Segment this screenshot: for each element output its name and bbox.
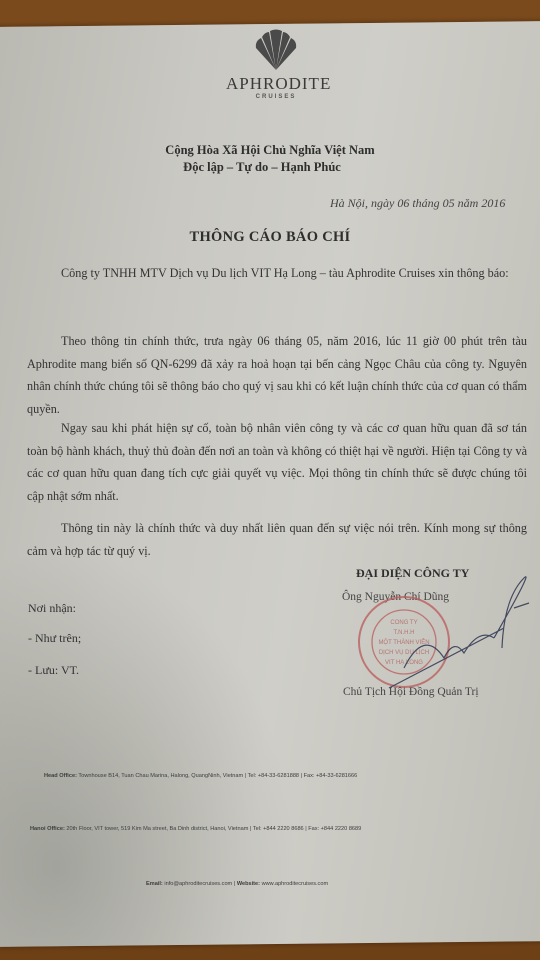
hanoi-office-label: Hanoi Office:	[30, 826, 65, 832]
website-link[interactable]: www.aphroditecruises.com	[262, 881, 329, 887]
recipient-item: - Lưu: VT.	[28, 663, 79, 678]
recipient-item: - Như trên;	[28, 631, 81, 646]
footer-hanoi-office: Hanoi Office: 20th Floor, VIT tower, 519…	[30, 826, 361, 832]
incident-paragraph: Theo thông tin chính thức, trưa ngày 06 …	[27, 330, 527, 420]
website-label: Website:	[237, 881, 260, 887]
recipients-label: Nơi nhận:	[28, 601, 76, 616]
closing-paragraph: Thông tin này là chính thức và duy nhất …	[27, 517, 527, 562]
email-label: Email:	[146, 881, 163, 887]
footer-contact: Email: info@aphroditecruises.com | Websi…	[146, 881, 328, 887]
company-logo: APHRODITE CRUISES	[226, 28, 326, 100]
signer-title: Chủ Tịch Hội Đồng Quản Trị	[343, 686, 479, 698]
logo-subtitle: CRUISES	[226, 94, 326, 100]
footer-head-office: Head Office: Townhouse B14, Tuan Chau Ma…	[44, 773, 357, 779]
logo-name: APHRODITE	[226, 74, 326, 94]
document-title: THÔNG CÁO BÁO CHÍ	[0, 229, 540, 246]
response-paragraph: Ngay sau khi phát hiện sự cố, toàn bộ nh…	[27, 417, 527, 507]
email-link[interactable]: info@aphroditecruises.com	[164, 881, 232, 887]
head-office-text: Townhouse B14, Tuan Chau Marina, Halong,…	[78, 773, 357, 779]
head-office-label: Head Office:	[44, 773, 77, 779]
document-date: Hà Nội, ngày 06 tháng 05 năm 2016	[330, 196, 505, 211]
national-motto: Độc lập – Tự do – Hạnh Phúc	[0, 160, 532, 175]
intro-paragraph: Công ty TNHH MTV Dịch vụ Du lịch VIT Hạ …	[27, 262, 527, 285]
scallop-shell-icon	[253, 28, 299, 72]
national-title: Cộng Hòa Xã Hội Chủ Nghĩa Việt Nam	[0, 143, 540, 158]
hanoi-office-text: 20th Floor, VIT tower, 519 Kim Ma street…	[66, 826, 361, 832]
handwritten-signature	[384, 568, 534, 698]
